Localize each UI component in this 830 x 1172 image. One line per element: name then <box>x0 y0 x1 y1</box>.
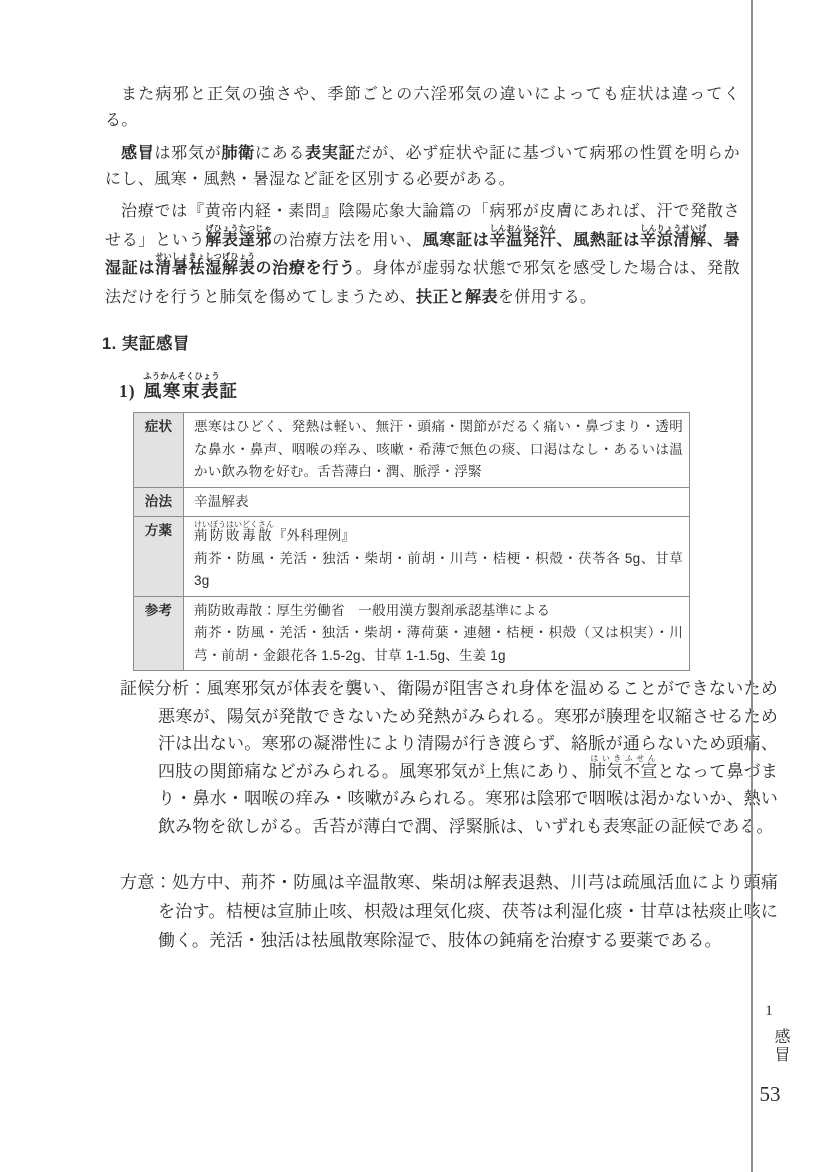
row-value-reference: 荊防敗毒散：厚生労働省 一般用漢方製剤承認基準による 荊芥・防風・羌活・独活・柴… <box>184 596 690 671</box>
margin-tab: 1 感冒 53 <box>753 0 830 1172</box>
prescription-table: 症状 悪寒はひどく、発熱は軽い、無汗・頭痛・関節がだるく痛い・鼻づまり・透明な鼻… <box>133 412 690 671</box>
method-text: 辛温解表 <box>194 491 683 514</box>
row-label-reference: 参考 <box>134 596 184 671</box>
table-row-method: 治法 辛温解表 <box>134 487 690 517</box>
document-page: また病邪と正気の強さや、季節ごとの六淫邪気の違いによっても症状は違ってくる。 感… <box>0 0 830 1172</box>
reference-source-line: 荊防敗毒散：厚生労働省 一般用漢方製剤承認基準による <box>194 600 683 623</box>
formula-name-line: 荊防敗毒散けいぼうはいどくさん『外科理例』 <box>194 520 683 548</box>
section-heading: 1. 実証感冒 <box>102 330 190 354</box>
subsection-heading: 1)風寒束表ふうかんそくひょう証 <box>119 371 238 403</box>
table-row-reference: 参考 荊防敗毒散：厚生労働省 一般用漢方製剤承認基準による 荊芥・防風・羌活・独… <box>134 596 690 671</box>
row-label-method: 治法 <box>134 487 184 517</box>
paragraph-intro-1: また病邪と正気の強さや、季節ごとの六淫邪気の違いによっても症状は違ってくる。 <box>105 82 740 134</box>
formula-meaning-text: 処方中、荊芥・防風は辛温散寒、柴胡は解表退熱、川芎は疏風活血により頭痛を治す。桔… <box>158 873 778 950</box>
symptoms-text: 悪寒はひどく、発熱は軽い、無汗・頭痛・関節がだるく痛い・鼻づまり・透明な鼻水・鼻… <box>194 416 683 484</box>
analysis-label: 証候分析： <box>120 679 207 698</box>
paragraph-intro-2: 感冒は邪気が肺衛にある表実証だが、必ず症状や証に基づいて病邪の性質を明らかにし、… <box>105 141 740 193</box>
reference-ingredients-line: 荊芥・防風・羌活・独活・柴胡・薄荷葉・連翹・桔梗・枳殻（又は枳実）・川芎・前胡・… <box>194 622 683 667</box>
chapter-title: 感冒 <box>760 1028 792 1064</box>
table-row-formula: 方薬 荊防敗毒散けいぼうはいどくさん『外科理例』 荊芥・防風・羌活・独活・柴胡・… <box>134 517 690 597</box>
paragraph-treatment: 治療では『黄帝内経・素問』陰陽応象大論篇の「病邪が皮膚にあれば、汗で発散させる」… <box>105 198 740 312</box>
analysis-text: 風寒邪気が体表を襲い、衛陽が阻害され身体を温めることができないため悪寒が、陽気が… <box>158 679 778 836</box>
row-value-formula: 荊防敗毒散けいぼうはいどくさん『外科理例』 荊芥・防風・羌活・独活・柴胡・前胡・… <box>184 517 690 597</box>
subsection-title: 風寒束表ふうかんそくひょう証 <box>144 381 238 401</box>
row-value-method: 辛温解表 <box>184 487 690 517</box>
formula-meaning-block: 方意：処方中、荊芥・防風は辛温散寒、柴胡は解表退熱、川芎は疏風活血により頭痛を治… <box>120 868 778 955</box>
row-label-formula: 方薬 <box>134 517 184 597</box>
formula-ingredients-line: 荊芥・防風・羌活・独活・柴胡・前胡・川芎・桔梗・枳殻・茯苓各 5g、甘草 3g <box>194 548 683 593</box>
analysis-block: 証候分析：風寒邪気が体表を襲い、衛陽が阻害され身体を温めることができないため悪寒… <box>120 675 778 840</box>
formula-meaning-label: 方意： <box>120 873 172 892</box>
subsection-number: 1) <box>119 381 136 401</box>
table-row-symptoms: 症状 悪寒はひどく、発熱は軽い、無汗・頭痛・関節がだるく痛い・鼻づまり・透明な鼻… <box>134 413 690 488</box>
chapter-number: 1 <box>753 1003 785 1020</box>
page-number: 53 <box>753 1082 787 1107</box>
row-value-symptoms: 悪寒はひどく、発熱は軽い、無汗・頭痛・関節がだるく痛い・鼻づまり・透明な鼻水・鼻… <box>184 413 690 488</box>
row-label-symptoms: 症状 <box>134 413 184 488</box>
